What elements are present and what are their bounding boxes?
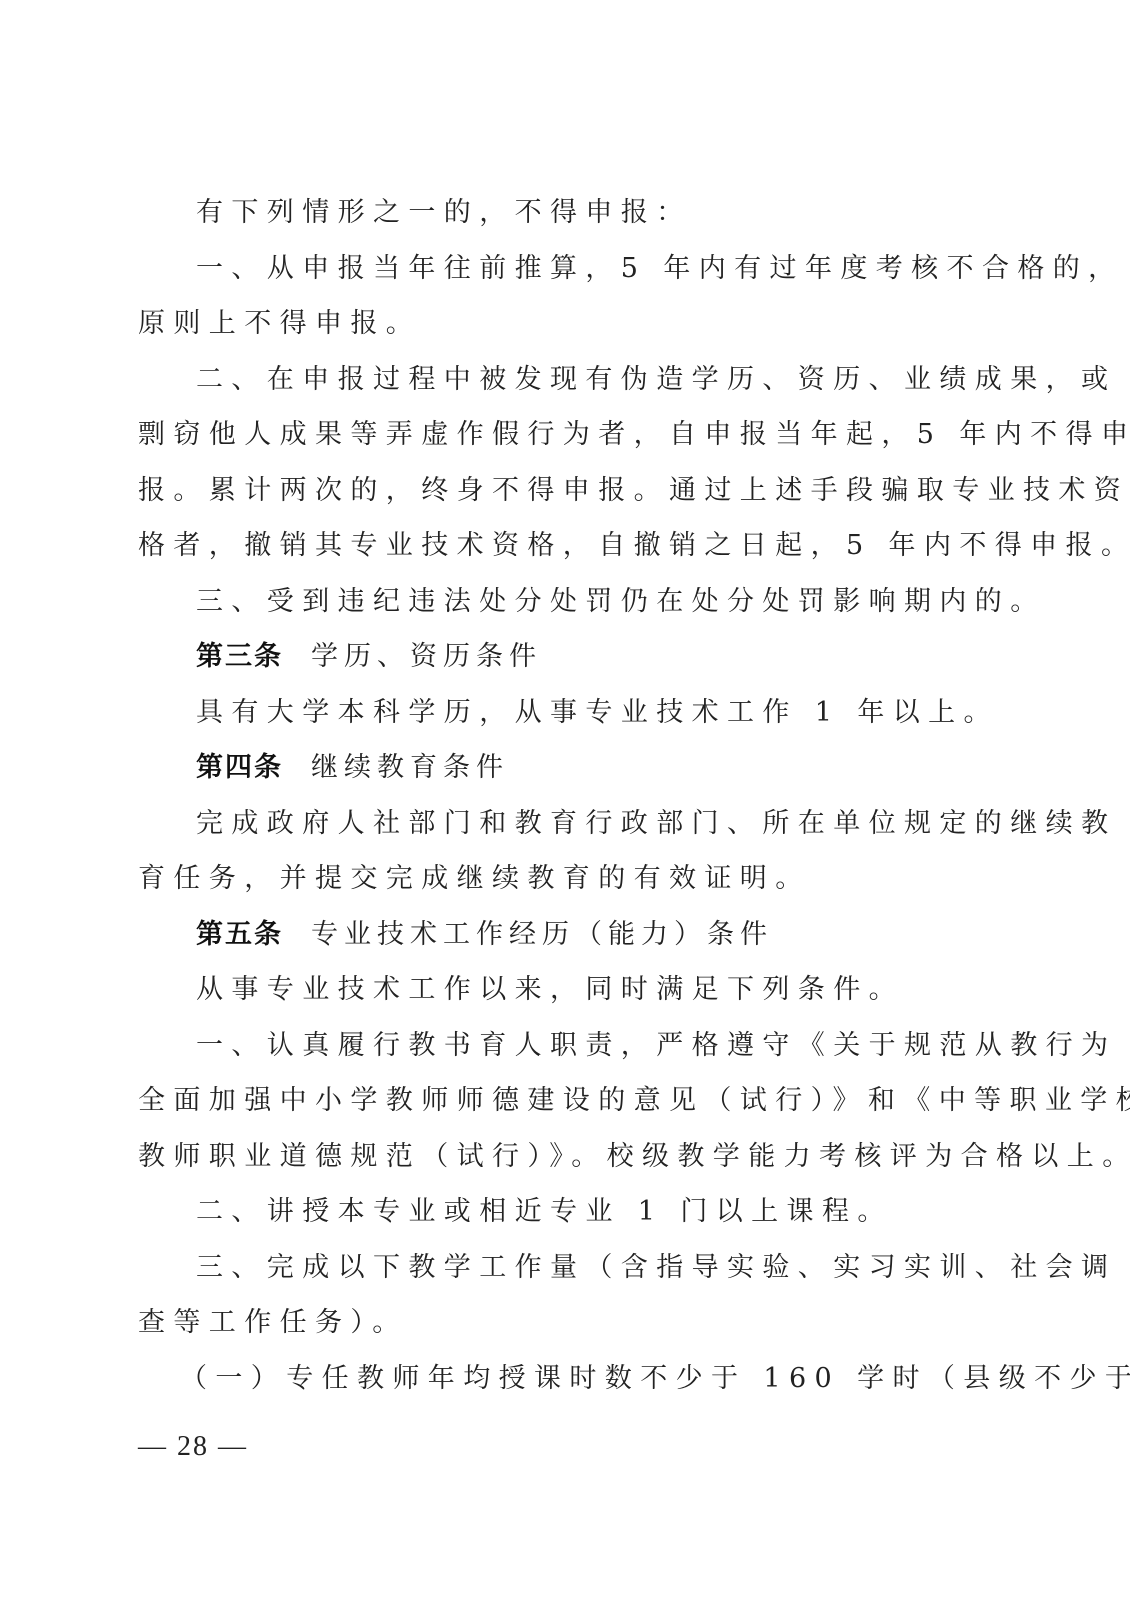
article-3-label: 第三条 [196,641,283,672]
article-5-heading: 第五条专业技术工作经历（能力）条件 [196,918,773,952]
paragraph-item-1-cont: 原则上不得申报。 [138,307,421,341]
article-4-label: 第四条 [196,752,283,783]
paragraph-item-2-cont-3: 格者，撤销其专业技术资格，自撤销之日起，5 年内不得申报。 [138,529,1130,563]
article-5-body-7: 查等工作任务）。 [138,1306,408,1340]
paragraph-item-3: 三、受到违纪违法处分处罚仍在处分处罚影响期内的。 [196,585,1046,619]
article-5-title: 专业技术工作经历（能力）条件 [311,919,773,950]
article-4-heading: 第四条继续教育条件 [196,751,509,785]
document-page: 有下列情形之一的，不得申报： 一、从申报当年往前推算，5 年内有过年度考核不合格… [0,0,1130,1600]
article-4-title: 继续教育条件 [311,752,509,783]
paragraph-item-2-cont-2: 报。累计两次的，终身不得申报。通过上述手段骗取专业技术资 [138,474,1129,508]
article-4-body-2: 育任务，并提交完成继续教育的有效证明。 [138,862,811,896]
article-3-title: 学历、资历条件 [311,641,542,672]
paragraph-item-1: 一、从申报当年往前推算，5 年内有过年度考核不合格的， [196,252,1124,286]
page-number: — 28 — [138,1430,248,1464]
article-5-body-3: 全面加强中小学教师师德建设的意见（试行）》和《中等职业学校 [138,1084,1130,1118]
article-5-body-4: 教师职业道德规范（试行）》。校级教学能力考核评为合格以上。 [138,1140,1130,1174]
article-3-heading: 第三条学历、资历条件 [196,640,542,674]
article-4-body-1: 完成政府人社部门和教育行政部门、所在单位规定的继续教 [196,807,1116,841]
paragraph-item-2: 二、在申报过程中被发现有伪造学历、资历、业绩成果，或 [196,363,1116,397]
paragraph-intro: 有下列情形之一的，不得申报： [196,196,692,230]
article-5-body-2: 一、认真履行教书育人职责，严格遵守《关于规范从教行为 [196,1029,1116,1063]
article-5-body-6: 三、完成以下教学工作量（含指导实验、实习实训、社会调 [196,1251,1116,1285]
article-5-body-8: （一）专任教师年均授课时数不少于 160 学时（县级不少于 [180,1362,1130,1396]
article-5-label: 第五条 [196,919,283,950]
article-3-body: 具有大学本科学历，从事专业技术工作 1 年以上。 [196,696,999,730]
article-5-body-5: 二、讲授本专业或相近专业 1 门以上课程。 [196,1195,893,1229]
paragraph-item-2-cont-1: 剽窃他人成果等弄虚作假行为者，自申报当年起，5 年内不得申 [138,418,1130,452]
article-5-body-1: 从事专业技术工作以来，同时满足下列条件。 [196,973,904,1007]
